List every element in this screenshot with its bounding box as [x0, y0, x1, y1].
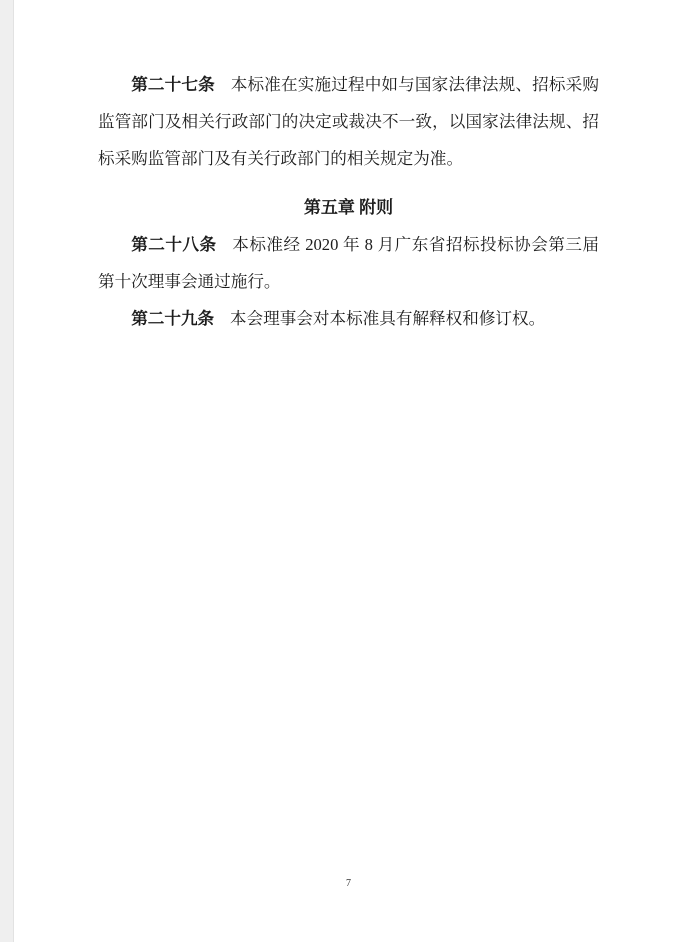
- page-content: 第二十七条本标准在实施过程中如与国家法律法规、招标采购监管部门及相关行政部门的决…: [98, 66, 599, 337]
- article-29-text: 本会理事会对本标准具有解释权和修订权。: [230, 309, 545, 328]
- article-28-number: 第二十八条: [131, 235, 216, 254]
- page-left-edge: [0, 0, 14, 942]
- article-27-number: 第二十七条: [131, 75, 215, 94]
- chapter-5-heading: 第五章 附则: [98, 189, 599, 226]
- article-29-number: 第二十九条: [131, 309, 214, 328]
- article-29-paragraph: 第二十九条本会理事会对本标准具有解释权和修订权。: [98, 300, 599, 337]
- document-page: 第二十七条本标准在实施过程中如与国家法律法规、招标采购监管部门及相关行政部门的决…: [0, 0, 677, 942]
- article-28-paragraph: 第二十八条本标准经 2020 年 8 月广东省招标投标协会第三届第十次理事会通过…: [98, 226, 599, 300]
- page-number: 7: [98, 878, 599, 890]
- article-27-paragraph: 第二十七条本标准在实施过程中如与国家法律法规、招标采购监管部门及相关行政部门的决…: [98, 66, 599, 177]
